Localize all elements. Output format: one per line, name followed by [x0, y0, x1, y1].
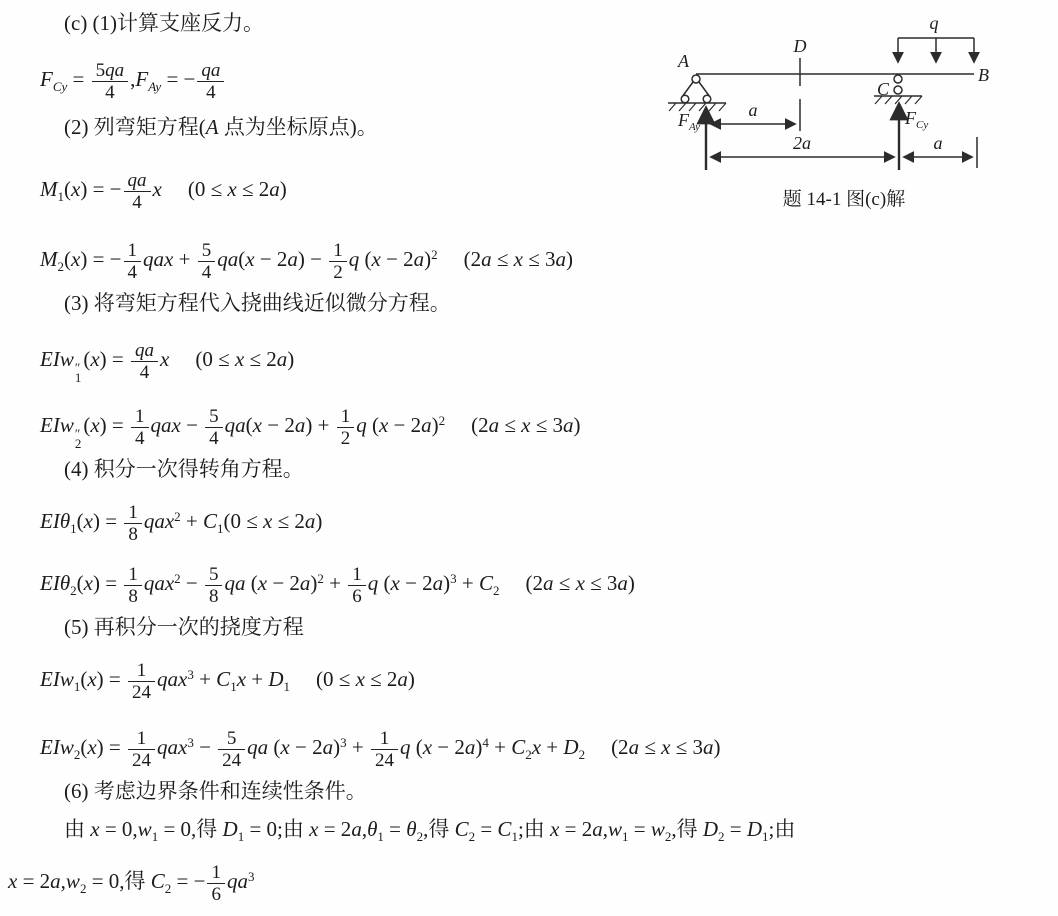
denominator: 4	[131, 361, 158, 383]
point-a-label: A	[677, 51, 690, 71]
math-run: (0 ≤ x ≤ 2a)	[224, 509, 323, 533]
numerator: 1	[128, 728, 155, 749]
dim-a-left-label: a	[749, 100, 758, 120]
math-var: q	[349, 247, 360, 271]
math-var: a	[414, 247, 425, 271]
math-run: = −	[161, 67, 195, 91]
math-run: (x) = −	[64, 177, 122, 201]
math-var: C	[497, 817, 511, 841]
math-var: x	[235, 347, 244, 371]
subscript: 1	[284, 679, 291, 694]
math-var: qax	[144, 571, 174, 595]
denominator: 8	[205, 585, 223, 607]
math-var: a	[556, 247, 567, 271]
math-run: (x) =	[80, 667, 126, 691]
roller-circle-top	[894, 75, 902, 83]
beam-diagram: A D C B q	[652, 2, 1058, 216]
math-var: a	[295, 413, 306, 437]
math-run: (0 ≤ x ≤ 2a)	[188, 177, 287, 201]
step-6-heading: (6) 考虑边界条件和连续性条件。	[0, 774, 1058, 808]
denominator: 2	[337, 427, 355, 449]
math-var: qax	[157, 667, 187, 691]
math-var: w	[66, 869, 80, 893]
fraction: 54	[198, 240, 216, 283]
fraction: 124	[128, 728, 155, 771]
numerator: 1	[124, 240, 142, 261]
math-var: x	[87, 735, 96, 759]
denominator: 4	[131, 427, 149, 449]
denominator: 8	[124, 585, 142, 607]
page: (c) (1)计算支座反力。FCy = 5qa4,FAy = −qa4(2) 列…	[0, 0, 1058, 916]
math-run: = w	[628, 817, 664, 841]
load-label: q	[930, 13, 939, 33]
math-var: x	[423, 735, 432, 759]
math-var: a	[465, 735, 476, 759]
subscript: 2	[579, 747, 586, 762]
math-var: a	[617, 571, 628, 595]
deflection-eq-1: EIw1(x) = 124qax3 + C1x + D1(0 ≤ x ≤ 2a)	[0, 644, 1058, 706]
math-var: x	[263, 509, 272, 533]
text-run: (3) 将弯矩方程代入挠曲线近似微分方程。	[64, 291, 451, 315]
text-run: 得	[125, 869, 151, 893]
math-var: x	[280, 735, 289, 759]
text-run: 由	[524, 817, 550, 841]
math-var: EIw	[40, 347, 74, 371]
math-var: x	[245, 247, 254, 271]
math-run: (0 ≤ x ≤ 2a)	[195, 347, 294, 371]
math-run: x + D	[237, 667, 284, 691]
subscript: Cy	[53, 79, 67, 94]
numerator: 5	[198, 240, 216, 261]
math-var: a	[703, 735, 714, 759]
math-var: q	[368, 571, 379, 595]
subscript: 2	[493, 583, 500, 598]
math-var: M	[40, 177, 58, 201]
math-var: a	[50, 869, 61, 893]
numerator: qa	[124, 170, 151, 191]
math-var: w	[138, 817, 152, 841]
numerator: qa	[131, 340, 158, 361]
math-var: x	[237, 667, 246, 691]
math-var: EIw	[40, 667, 74, 691]
pin-base-circle-right	[703, 95, 711, 103]
numerator: 1	[337, 406, 355, 427]
numerator: 1	[128, 660, 155, 681]
text-run: (5) 再积分一次的挠度方程	[64, 615, 304, 639]
math-run: + C	[489, 735, 525, 759]
dim-a-right-label: a	[934, 133, 943, 153]
math-run: C	[151, 869, 165, 893]
math-run: + C	[194, 667, 230, 691]
math-var: x	[391, 571, 400, 595]
math-var: a	[421, 413, 432, 437]
numerator: 1	[124, 502, 142, 523]
math-run: ,F	[130, 67, 148, 91]
dim-2a-label: 2a	[793, 133, 811, 153]
math-var: M	[40, 247, 58, 271]
numerator: 5	[205, 564, 223, 585]
math-run: (2a ≤ x ≤ 3a)	[611, 735, 720, 759]
math-var: θ	[367, 817, 377, 841]
fraction: qa4	[131, 340, 158, 383]
math-var: x	[8, 869, 17, 893]
math-var: qax	[157, 735, 187, 759]
math-var: a	[481, 247, 492, 271]
math-run: (x) =	[83, 413, 129, 437]
math-var: qa	[201, 60, 220, 81]
math-var: a	[592, 817, 603, 841]
math-run: = 0,	[158, 817, 196, 841]
math-var: x	[661, 735, 670, 759]
step-3-heading: (3) 将弯矩方程代入挠曲线近似微分方程。	[0, 286, 1058, 320]
math-run: EIθ	[40, 509, 70, 533]
math-var: x	[227, 177, 236, 201]
math-run: M	[40, 247, 58, 271]
pin-support-a	[668, 75, 726, 111]
fraction: 14	[131, 406, 149, 449]
math-var: Cy	[53, 79, 67, 94]
fraction: 12	[337, 406, 355, 449]
slope-eq-2: EIθ2(x) = 18qax2 − 58qa (x − 2a)2 + 16q …	[0, 548, 1058, 610]
math-var: a	[287, 247, 298, 271]
math-var: a	[489, 413, 500, 437]
text-run: (c) (1)计算支座反力。	[64, 11, 264, 35]
text-run: (6) 考虑边界条件和连续性条件。	[64, 779, 367, 803]
math-run: EIw	[40, 347, 74, 371]
math-run: qax	[157, 667, 187, 691]
math-var: x	[71, 177, 80, 201]
math-var: qax	[151, 413, 181, 437]
math-var: x	[90, 817, 99, 841]
math-var: x	[253, 413, 262, 437]
math-run: (0 ≤ x ≤ 2a)	[316, 667, 415, 691]
fraction: qa4	[124, 170, 151, 213]
text-run: 得	[428, 817, 454, 841]
math-var: x	[514, 247, 523, 271]
denominator: 4	[205, 427, 223, 449]
denominator: 24	[128, 681, 155, 703]
math-run: x = 0,w	[90, 817, 151, 841]
math-var: a	[305, 509, 316, 533]
math-run: = θ	[384, 817, 417, 841]
numerator: 1	[329, 240, 347, 261]
reaction-a-label: FAy	[677, 110, 700, 133]
math-var: w	[608, 817, 622, 841]
moment-eq-2: M2(x) = −14qax + 54qa(x − 2a) − 12q (x −…	[0, 224, 1058, 286]
math-run: + C	[457, 571, 493, 595]
numerator: 1	[131, 406, 149, 427]
fraction: 124	[371, 728, 398, 771]
math-run: C	[455, 817, 469, 841]
math-var: qax	[144, 509, 174, 533]
denominator: 6	[207, 883, 225, 905]
math-var: qa	[225, 413, 246, 437]
superscript: 2	[431, 247, 438, 262]
roller-circle-bottom	[894, 86, 902, 94]
math-run: =	[67, 67, 89, 91]
math-var: EIθ	[40, 571, 70, 595]
math-var: qa	[224, 571, 245, 595]
math-run: D	[703, 817, 718, 841]
math-var: a	[351, 817, 362, 841]
math-run: +	[324, 571, 346, 595]
math-var: F	[135, 67, 148, 91]
math-run: A	[206, 115, 219, 139]
math-run: + C	[181, 509, 217, 533]
math-var: Ay	[148, 79, 161, 94]
math-var: C	[151, 869, 165, 893]
fraction: 16	[348, 564, 366, 607]
math-run: q (x − 2a)	[356, 413, 438, 437]
math-var: x	[309, 817, 318, 841]
slope-eq-1: EIθ1(x) = 18qax2 + C1(0 ≤ x ≤ 2a)	[0, 486, 1058, 548]
math-var: x	[356, 667, 365, 691]
math-var: x	[532, 735, 541, 759]
text-run: 得	[196, 817, 222, 841]
fraction: 12	[329, 240, 347, 283]
math-run: x	[153, 177, 162, 201]
math-var: C	[216, 667, 230, 691]
math-run: = 0;	[244, 817, 283, 841]
math-var: a	[397, 667, 408, 691]
math-var: D	[563, 735, 578, 759]
math-var: C	[203, 509, 217, 533]
sup-sub-stack: ″2	[75, 429, 82, 449]
math-run: +	[347, 735, 369, 759]
denominator: 4	[197, 81, 224, 103]
math-run: = D	[725, 817, 763, 841]
denominator: 24	[371, 749, 398, 771]
fraction: qa4	[197, 60, 224, 103]
point-d-label: D	[793, 36, 807, 56]
index: 2	[75, 439, 82, 449]
denominator: 2	[329, 261, 347, 283]
math-var: a	[433, 571, 444, 595]
numerator: 5	[218, 728, 245, 749]
text-run: 由	[64, 817, 90, 841]
pin-base-circle-left	[681, 95, 689, 103]
math-var: qa	[135, 340, 154, 361]
math-run: q (x − 2a)	[368, 571, 450, 595]
denominator: 6	[348, 585, 366, 607]
numerator: 5	[205, 406, 223, 427]
step-5-heading: (5) 再积分一次的挠度方程	[0, 610, 1058, 644]
math-var: qa	[128, 170, 147, 191]
math-var: a	[277, 347, 288, 371]
math-run: x + D	[532, 735, 579, 759]
math-run: = C	[475, 817, 511, 841]
math-var: x	[550, 817, 559, 841]
fraction: 18	[124, 564, 142, 607]
math-var: F	[40, 67, 53, 91]
math-var: x	[521, 413, 530, 437]
math-var: θ	[406, 817, 416, 841]
math-run: qa(x − 2a) −	[217, 247, 327, 271]
math-run: (2a ≤ x ≤ 3a)	[471, 413, 580, 437]
math-var: qa	[247, 735, 268, 759]
math-run: qax −	[151, 413, 204, 437]
math-var: a	[269, 177, 280, 201]
math-run: (2a ≤ x ≤ 3a)	[526, 571, 635, 595]
denominator: 4	[124, 261, 142, 283]
math-var: EIw	[40, 735, 74, 759]
math-var: x	[153, 177, 162, 201]
math-run: qax	[144, 571, 174, 595]
math-run: x	[160, 347, 169, 371]
math-var: x	[84, 571, 93, 595]
math-var: x	[87, 667, 96, 691]
numerator: 1	[124, 564, 142, 585]
math-run: q (x − 2a)	[349, 247, 431, 271]
math-var: a	[543, 571, 554, 595]
math-var: q	[400, 735, 411, 759]
math-run: qa(x − 2a) +	[225, 413, 335, 437]
fraction: 524	[218, 728, 245, 771]
math-var: x	[90, 347, 99, 371]
point-b-label: B	[978, 65, 989, 85]
boundary-conditions-line-1: 由 x = 0,w1 = 0,得 D1 = 0;由 x = 2a,θ1 = θ2…	[0, 812, 1058, 846]
denominator: 24	[218, 749, 245, 771]
fraction: 5qa4	[92, 60, 129, 103]
fraction: 18	[124, 502, 142, 545]
denominator: 24	[128, 749, 155, 771]
math-run: −	[181, 571, 203, 595]
fraction: 54	[205, 406, 223, 449]
math-run: q (x − 2a)	[400, 735, 482, 759]
math-run: x = 2a,θ	[309, 817, 377, 841]
math-run: (x) =	[83, 347, 129, 371]
math-var: a	[300, 571, 311, 595]
text-run: 得	[677, 817, 703, 841]
math-var: qax	[143, 247, 173, 271]
superscript: 2	[439, 413, 446, 428]
text-run: 由	[283, 817, 309, 841]
numerator: 5qa	[92, 60, 129, 81]
distributed-load: q	[898, 13, 974, 62]
denominator: 8	[124, 523, 142, 545]
math-run: M	[40, 177, 58, 201]
deflection-eq-2: EIw2(x) = 124qax3 − 524qa (x − 2a)3 + 12…	[0, 712, 1058, 774]
denominator: 4	[92, 81, 129, 103]
math-var: a	[323, 735, 334, 759]
math-run: D	[223, 817, 238, 841]
figure-caption: 题 14-1 图(c)解	[783, 188, 905, 210]
math-var: w	[651, 817, 665, 841]
curvature-eq-1: EIw″1(x) = qa4x(0 ≤ x ≤ 2a)	[0, 328, 1058, 390]
math-run: qa (x − 2a)	[224, 571, 317, 595]
math-var: qa	[105, 60, 124, 81]
dimension-lines: a 2a a	[711, 100, 977, 168]
sup-sub-stack: ″1	[75, 363, 82, 383]
denominator: 4	[198, 261, 216, 283]
math-run: qax	[144, 509, 174, 533]
math-var: EIθ	[40, 509, 70, 533]
index: 1	[75, 373, 82, 383]
math-run: −	[194, 735, 216, 759]
fraction: 16	[207, 862, 225, 905]
math-run: qa	[227, 869, 248, 893]
numerator: qa	[197, 60, 224, 81]
math-var: x	[90, 413, 99, 437]
pin-circle-a	[692, 75, 700, 83]
step-4-heading: (4) 积分一次得转角方程。	[0, 452, 1058, 486]
math-var: a	[563, 413, 574, 437]
math-var: x	[371, 247, 380, 271]
reaction-c-subscript: Cy	[916, 119, 928, 131]
math-run: EIθ	[40, 571, 70, 595]
math-var: qa	[227, 869, 248, 893]
denominator: 4	[124, 191, 151, 213]
math-run: (2a ≤ x ≤ 3a)	[464, 247, 573, 271]
numerator: 1	[371, 728, 398, 749]
math-var: D	[268, 667, 283, 691]
math-run: qax	[157, 735, 187, 759]
math-run: qa (x − 2a)	[247, 735, 340, 759]
math-var: x	[379, 413, 388, 437]
reaction-c-label: FCy	[904, 108, 928, 131]
subscript: Ay	[148, 79, 161, 94]
math-run: F	[40, 67, 53, 91]
fraction: 14	[124, 240, 142, 283]
text-run: 由	[774, 817, 795, 841]
math-var: x	[258, 571, 267, 595]
math-var: x	[71, 247, 80, 271]
superscript: 3	[248, 869, 255, 884]
math-var: qa	[217, 247, 238, 271]
math-run: (x) = −	[64, 247, 122, 271]
reaction-a-subscript: Ay	[688, 121, 700, 133]
math-run: = −	[171, 869, 205, 893]
math-run: qax +	[143, 247, 196, 271]
math-run: (x) =	[77, 509, 123, 533]
math-var: q	[356, 413, 367, 437]
numerator: 1	[348, 564, 366, 585]
math-var: x	[160, 347, 169, 371]
math-var: A	[206, 115, 219, 139]
math-var: D	[223, 817, 238, 841]
math-var: x	[576, 571, 585, 595]
math-var: D	[747, 817, 762, 841]
math-run: x = 2a,w	[8, 869, 80, 893]
text-run: 点为坐标原点)。	[219, 115, 378, 139]
text-run: (4) 积分一次得转角方程。	[64, 457, 304, 481]
math-run: = 0,	[86, 869, 124, 893]
math-run: EIw	[40, 667, 74, 691]
math-run: EIw	[40, 735, 74, 759]
math-run: (x) =	[80, 735, 126, 759]
fraction: 58	[205, 564, 223, 607]
math-var: a	[629, 735, 640, 759]
text-run: (2) 列弯矩方程(	[64, 115, 206, 139]
math-run: x = 2a,w	[550, 817, 622, 841]
math-var: C	[455, 817, 469, 841]
math-var: C	[511, 735, 525, 759]
curvature-eq-2: EIw″2(x) = 14qax − 54qa(x − 2a) + 12q (x…	[0, 390, 1058, 452]
math-run: (x) =	[77, 571, 123, 595]
boundary-conditions-line-2: x = 2a,w2 = 0,得 C2 = −16qa3	[0, 846, 1058, 908]
math-var: D	[703, 817, 718, 841]
fraction: 124	[128, 660, 155, 703]
numerator: 1	[207, 862, 225, 883]
math-run: EIw	[40, 413, 74, 437]
math-var: C	[479, 571, 493, 595]
math-var: x	[84, 509, 93, 533]
math-var: EIw	[40, 413, 74, 437]
